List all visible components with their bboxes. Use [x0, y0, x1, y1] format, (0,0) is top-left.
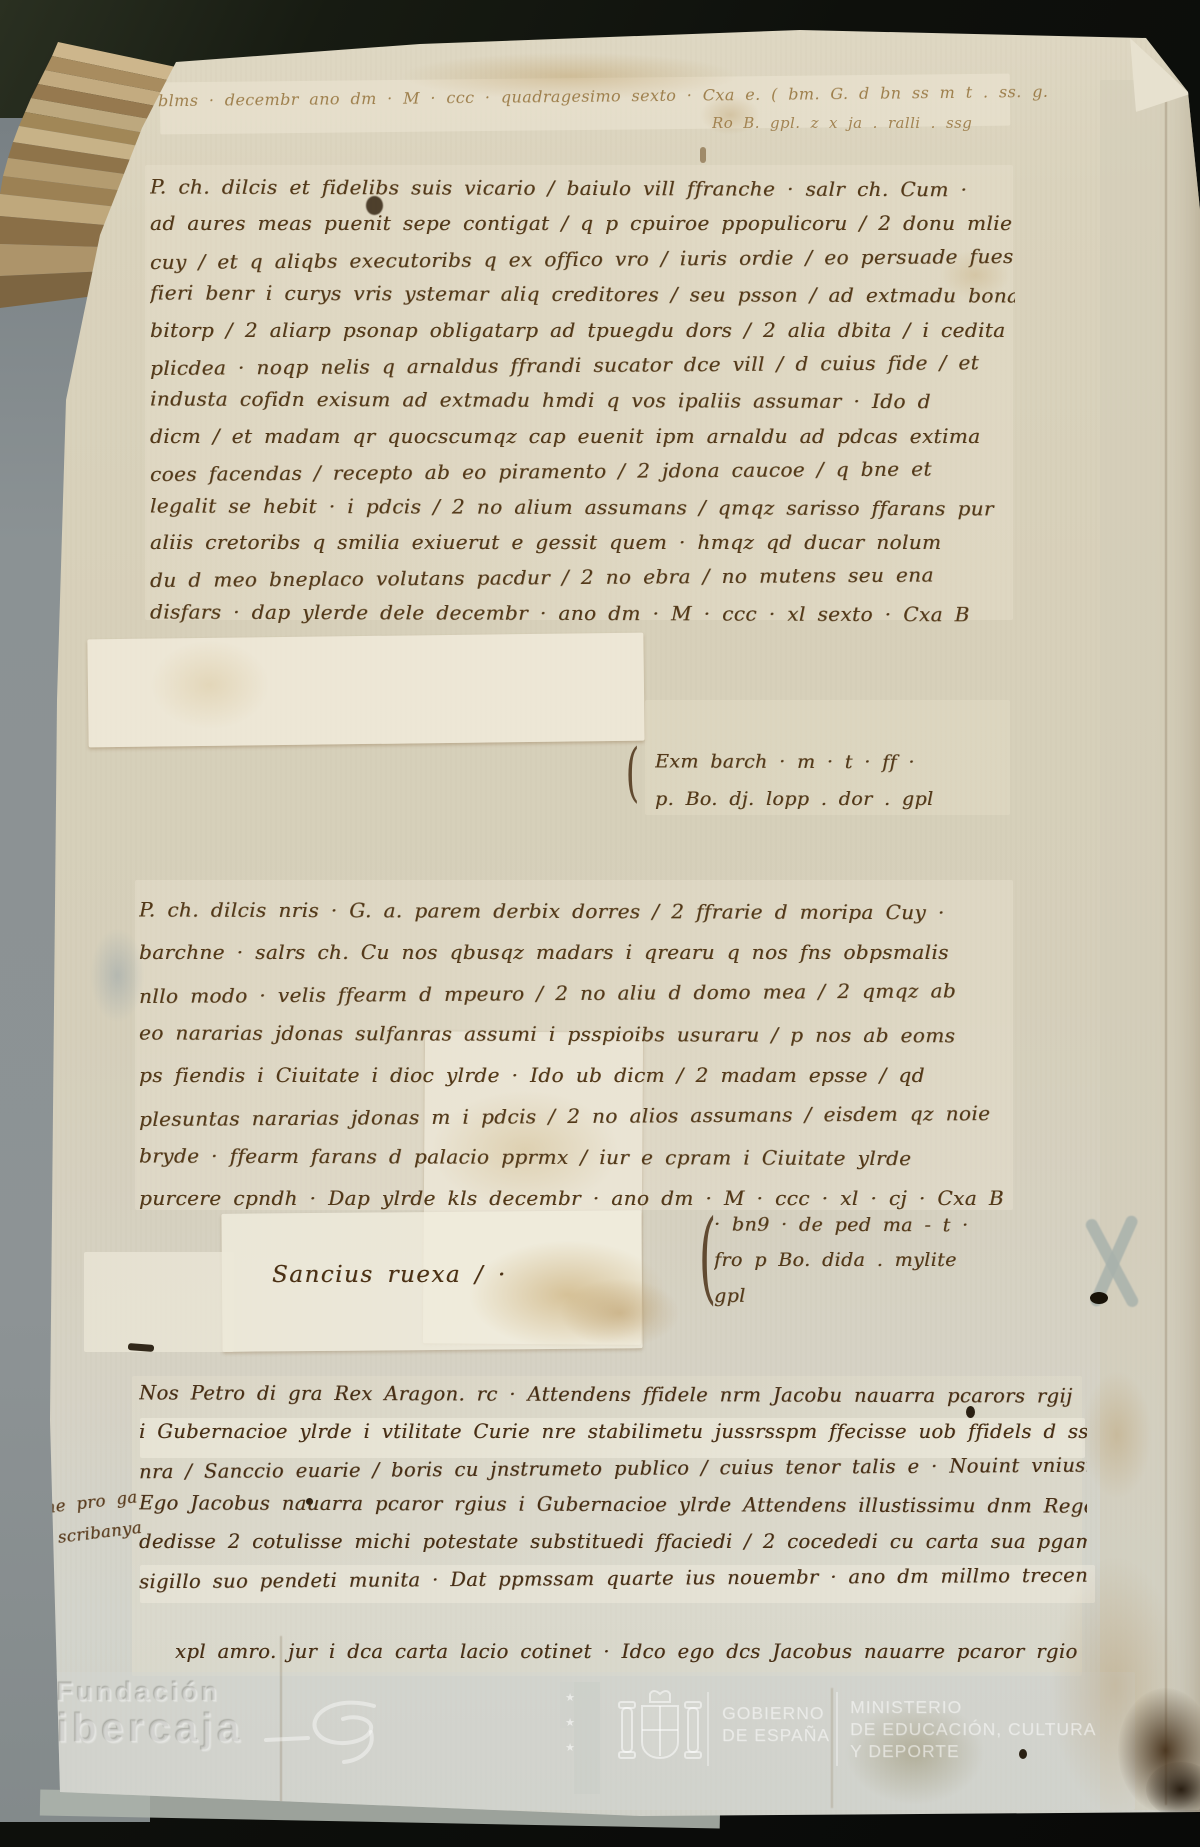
- logo-divider: [707, 1692, 709, 1766]
- star-icon: ★: [563, 1686, 577, 1711]
- stain: [560, 1278, 680, 1348]
- star-icon: ★: [563, 1736, 577, 1761]
- header-line: Ro B. gpl. z x ja . ralli . ssg: [712, 114, 1152, 132]
- manuscript-line: industa cofidn exisum ad extmadu hmdi q …: [150, 382, 1015, 420]
- ink-spot: [1090, 1292, 1108, 1304]
- manuscript-line: Ego Jacobus nauarra pcaror rgius i Guber…: [139, 1486, 1087, 1526]
- manuscript-line: Exm barch · m · t · ff ·: [655, 743, 985, 781]
- spain-coat-of-arms-icon: [612, 1686, 708, 1772]
- manuscript-line: gpl: [714, 1277, 1014, 1314]
- manuscript-line: bryde · ffearm farans d palacio pprmx / …: [139, 1135, 1014, 1179]
- manuscript-line: ps fiendis i Ciuitate i dioc ylrde · Ido…: [139, 1055, 1014, 1096]
- subscription-2: · bn9 · de ped ma - t ·fro p Bo. dida . …: [714, 1208, 1014, 1313]
- stain: [150, 640, 270, 730]
- paper-patch: [84, 1252, 234, 1352]
- fundacion-watermark-text: Fundación: [57, 1677, 221, 1708]
- manuscript-line: du d meo bneplaco volutans pacdur / 2 no…: [150, 557, 1015, 598]
- archival-photo: blms · decembr ano dm · M · ccc · quadra…: [0, 0, 1200, 1847]
- ibercaja-watermark-text: ibercaja: [57, 1705, 244, 1752]
- ministerio-watermark: MINISTERIODE EDUCACIÓN, CULTURAY DEPORTE: [850, 1696, 1100, 1762]
- ink-blot: [700, 147, 706, 163]
- manuscript-line: dicm / et madam qr quocscumqz cap euenit…: [150, 419, 1015, 454]
- manuscript-line: legalit se hebit · i pdcis / 2 no alium …: [150, 488, 1015, 526]
- manuscript-line: dedisse 2 cotulisse michi potestate subs…: [139, 1524, 1087, 1561]
- letter-block-2: P. ch. dilcis nris · G. a. parem derbix …: [139, 891, 1014, 1219]
- manuscript-line: cuy / et q aliqbs executoribs q ex offic…: [150, 239, 1015, 280]
- stain: [1082, 1370, 1152, 1500]
- letter-block-1: P. ch. dilcis et fidelibs suis vicario /…: [150, 171, 1015, 631]
- euro-stars-watermark: ★★★: [563, 1686, 577, 1761]
- manuscript-line: xpl amro. jur i dca carta lacio cotinet …: [175, 1640, 1085, 1663]
- manuscript-line: nllo modo · velis ffearm d mpeuro / 2 no…: [139, 970, 1014, 1017]
- manuscript-line: i Gubernacioe ylrde i vtilitate Curie nr…: [139, 1414, 1087, 1451]
- manuscript-line: bitorp / 2 aliarp psonap obligatarp ad t…: [150, 313, 1015, 348]
- page-right-curve: [1100, 80, 1200, 1810]
- scribe-signature: Sancius ruexa / ·: [272, 1262, 507, 1288]
- manuscript-line: eo nararias jdonas sulfanras assumi i ps…: [139, 1012, 1014, 1056]
- manuscript-line: ad aures meas puenit sepe contigat / q p…: [150, 206, 1015, 241]
- manuscript-line: P. ch. dilcis nris · G. a. parem derbix …: [139, 889, 1014, 933]
- scribal-brace: (: [626, 736, 640, 810]
- watermark-line: GOBIERNO: [722, 1702, 852, 1724]
- blue-stain: [90, 928, 145, 1023]
- star-icon: ★: [563, 1711, 577, 1736]
- manuscript-line: P. ch. dilcis et fidelibs suis vicario /…: [150, 169, 1015, 207]
- manuscript-line: coes facendas / recepto ab eo piramento …: [150, 451, 1015, 492]
- watermark-line: Y DEPORTE: [850, 1740, 1100, 1762]
- watermark-line: DE ESPAÑA: [722, 1724, 852, 1746]
- stars-bar-watermark: [574, 1682, 600, 1794]
- manuscript-line: disfars · dap ylerde dele decembr · ano …: [150, 594, 1015, 632]
- watermark-line: MINISTERIO: [850, 1696, 1100, 1718]
- crease-line: [1165, 100, 1167, 1805]
- manuscript-line: p. Bo. dj. lopp . dor . gpl: [655, 781, 985, 818]
- manuscript-line: plicdea · noqp nelis q arnaldus ffrandi …: [150, 345, 1015, 386]
- manuscript-line: nra / Sanccio euarie / boris cu jnstrume…: [139, 1447, 1087, 1490]
- manuscript-page: blms · decembr ano dm · M · ccc · quadra…: [0, 0, 1200, 1847]
- manuscript-line: aliis cretoribs q smilia exiuerut e gess…: [150, 525, 1015, 560]
- manuscript-line: Nos Petro di gra Rex Aragon. rc · Attend…: [139, 1375, 1087, 1415]
- letter-block-3: Nos Petro di gra Rex Aragon. rc · Attend…: [139, 1377, 1087, 1598]
- manuscript-line: sigillo suo pendeti munita · Dat ppmssam…: [139, 1558, 1087, 1601]
- manuscript-line: plesuntas nararias jdonas m i pdcis / 2 …: [139, 1093, 1014, 1140]
- subscription-1: Exm barch · m · t · ff ·p. Bo. dj. lopp …: [655, 744, 985, 818]
- ibercaja-logo-icon: [262, 1692, 382, 1772]
- manuscript-line: barchne · salrs ch. Cu nos qbusqz madars…: [139, 932, 1014, 973]
- manuscript-line: · bn9 · de ped ma - t ·: [714, 1207, 1014, 1243]
- watermark-line: DE EDUCACIÓN, CULTURA: [850, 1718, 1100, 1740]
- manuscript-line: fieri benr i curys vris ystemar aliq cre…: [150, 276, 1015, 314]
- manuscript-line: fro p Bo. dida . mylite: [714, 1243, 1014, 1278]
- gobierno-de-espana-watermark: GOBIERNODE ESPAÑA: [722, 1702, 852, 1746]
